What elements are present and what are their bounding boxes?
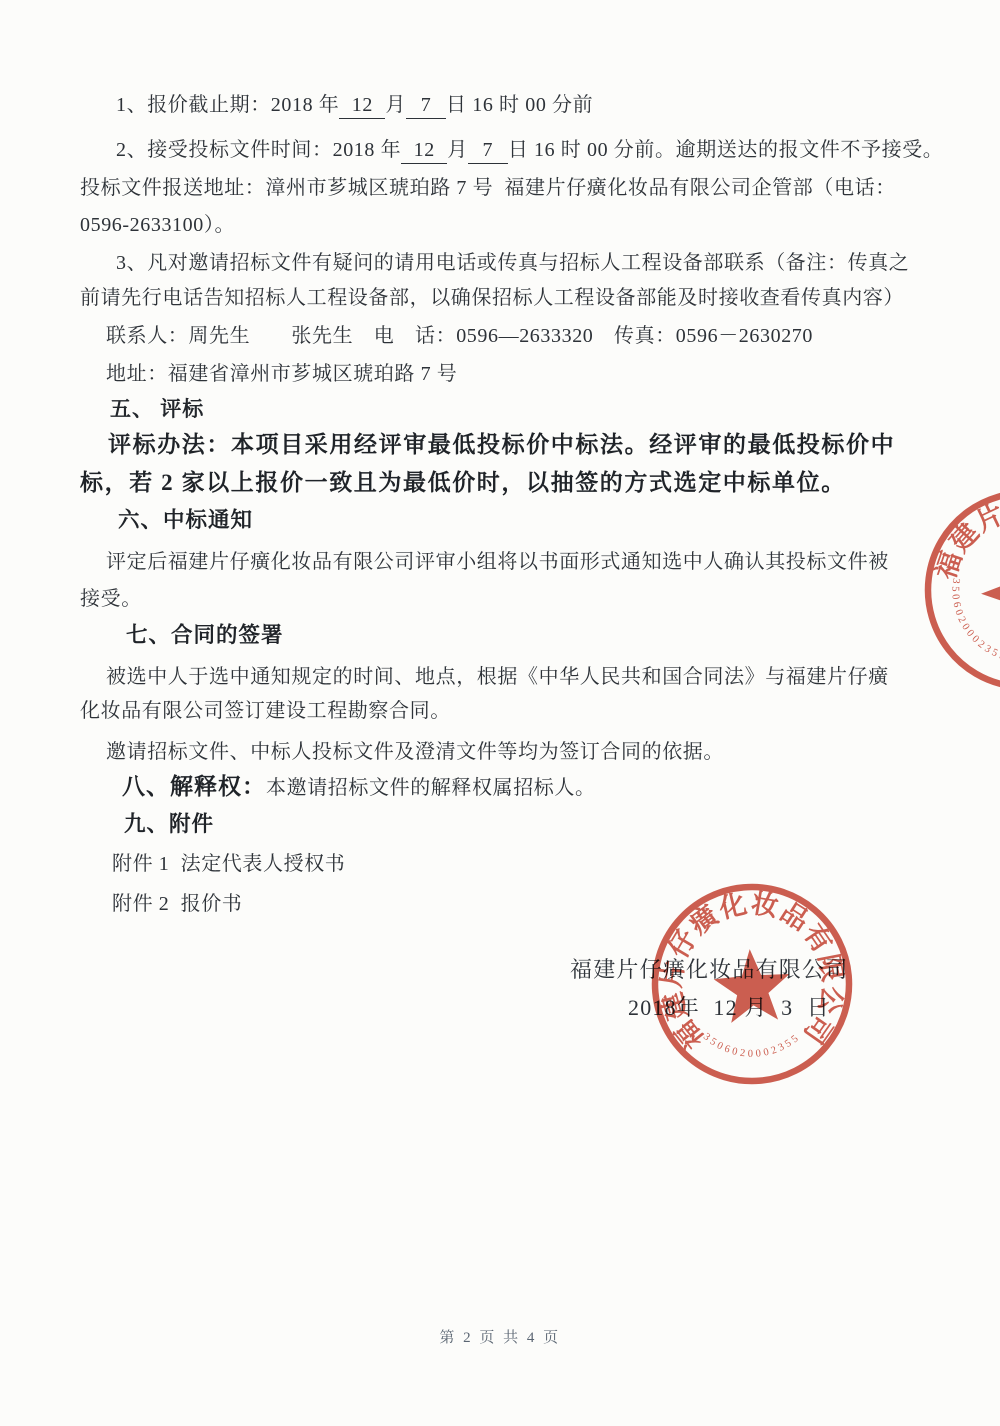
signature-date: 2018年 12 月 3 日 <box>628 991 830 1022</box>
clause-3-line-1: 3、凡对邀请招标文件有疑问的请用电话或传真与招标人工程设备部联系（备注：传真之 <box>116 251 909 276</box>
contact-line: 联系人：周先生 张先生 电 话：0596—2633320 传真：0596－263… <box>106 324 813 349</box>
clause-2-text: 日 16 时 00 分前。逾期送达的报文件不予接受。 <box>508 139 944 161</box>
clause-2: 2、接受投标文件时间：2018 年12月7日 16 时 00 分前。逾期送达的报… <box>116 138 943 164</box>
phone-line: 0596-2633100）。 <box>80 213 235 238</box>
clause-2-text: 2、接受投标文件时间：2018 年 <box>116 139 401 161</box>
contract-line-1: 被选中人于选中通知规定的时间、地点，根据《中华人民共和国合同法》与福建片仔癀 <box>106 665 889 690</box>
clause-1: 1、报价截止期：2018 年12月7日 16 时 00 分前 <box>116 93 593 119</box>
clause-1-text: 1、报价截止期：2018 年 <box>116 94 339 116</box>
day-blank: 7 <box>468 138 508 164</box>
attachment-2-line: 附件 2 报价书 <box>112 892 242 917</box>
attachment-1-line: 附件 1 法定代表人授权书 <box>112 852 345 877</box>
heading-8-text: 本邀请招标文件的解释权属招标人。 <box>266 777 596 799</box>
section-heading-8-interpretation: 八、解释权：本邀请招标文件的解释权属招标人。 <box>122 773 596 802</box>
clause-2-text: 月 <box>447 139 468 161</box>
month-blank: 12 <box>401 138 447 164</box>
award-notice-line-1: 评定后福建片仔癀化妆品有限公司评审小组将以书面形式通知选中人确认其投标文件被 <box>106 550 889 575</box>
contract-basis-line: 邀请招标文件、中标人投标文件及澄清文件等均为签订合同的依据。 <box>106 740 724 765</box>
clause-1-text: 日 16 时 00 分前 <box>446 94 593 116</box>
document-page: 1、报价截止期：2018 年12月7日 16 时 00 分前 2、接受投标文件时… <box>0 0 1000 1426</box>
clause-1-text: 月 <box>385 94 406 116</box>
evaluation-method-line-1: 评标办法：本项目采用经评审最低投标价中标法。经评审的最低投标价中 <box>108 431 895 460</box>
partial-edge-seal <box>889 454 1000 726</box>
clause-3-line-2: 前请先行电话告知招标人工程设备部，以确保招标人工程设备部能及时接收查看传真内容） <box>80 286 904 311</box>
page-number-footer: 第 2 页 共 4 页 <box>0 1326 1000 1347</box>
signature-company-name: 福建片仔癀化妆品有限公司 <box>570 953 848 984</box>
evaluation-method-line-2: 标，若 2 家以上报价一致且为最低价时，以抽签的方式选定中标单位。 <box>80 469 846 498</box>
month-blank: 12 <box>339 93 385 119</box>
heading-8-label: 八、解释权： <box>122 774 266 799</box>
section-heading-6-award-notice: 六、中标通知 <box>118 507 253 534</box>
section-heading-5-evaluation: 五、 评标 <box>110 396 204 422</box>
submit-address-line: 投标文件报送地址：漳州市芗城区琥珀路 7 号 福建片仔癀化妆品有限公司企管部（电… <box>80 176 896 201</box>
section-heading-7-contract-signing: 七、合同的签署 <box>126 622 284 649</box>
address-line: 地址：福建省漳州市芗城区琥珀路 7 号 <box>106 362 457 387</box>
section-heading-9-attachments: 九、附件 <box>124 811 214 838</box>
day-blank: 7 <box>406 93 446 119</box>
award-notice-line-2: 接受。 <box>80 587 142 612</box>
contract-line-2: 化妆品有限公司签订建设工程勘察合同。 <box>80 699 451 724</box>
